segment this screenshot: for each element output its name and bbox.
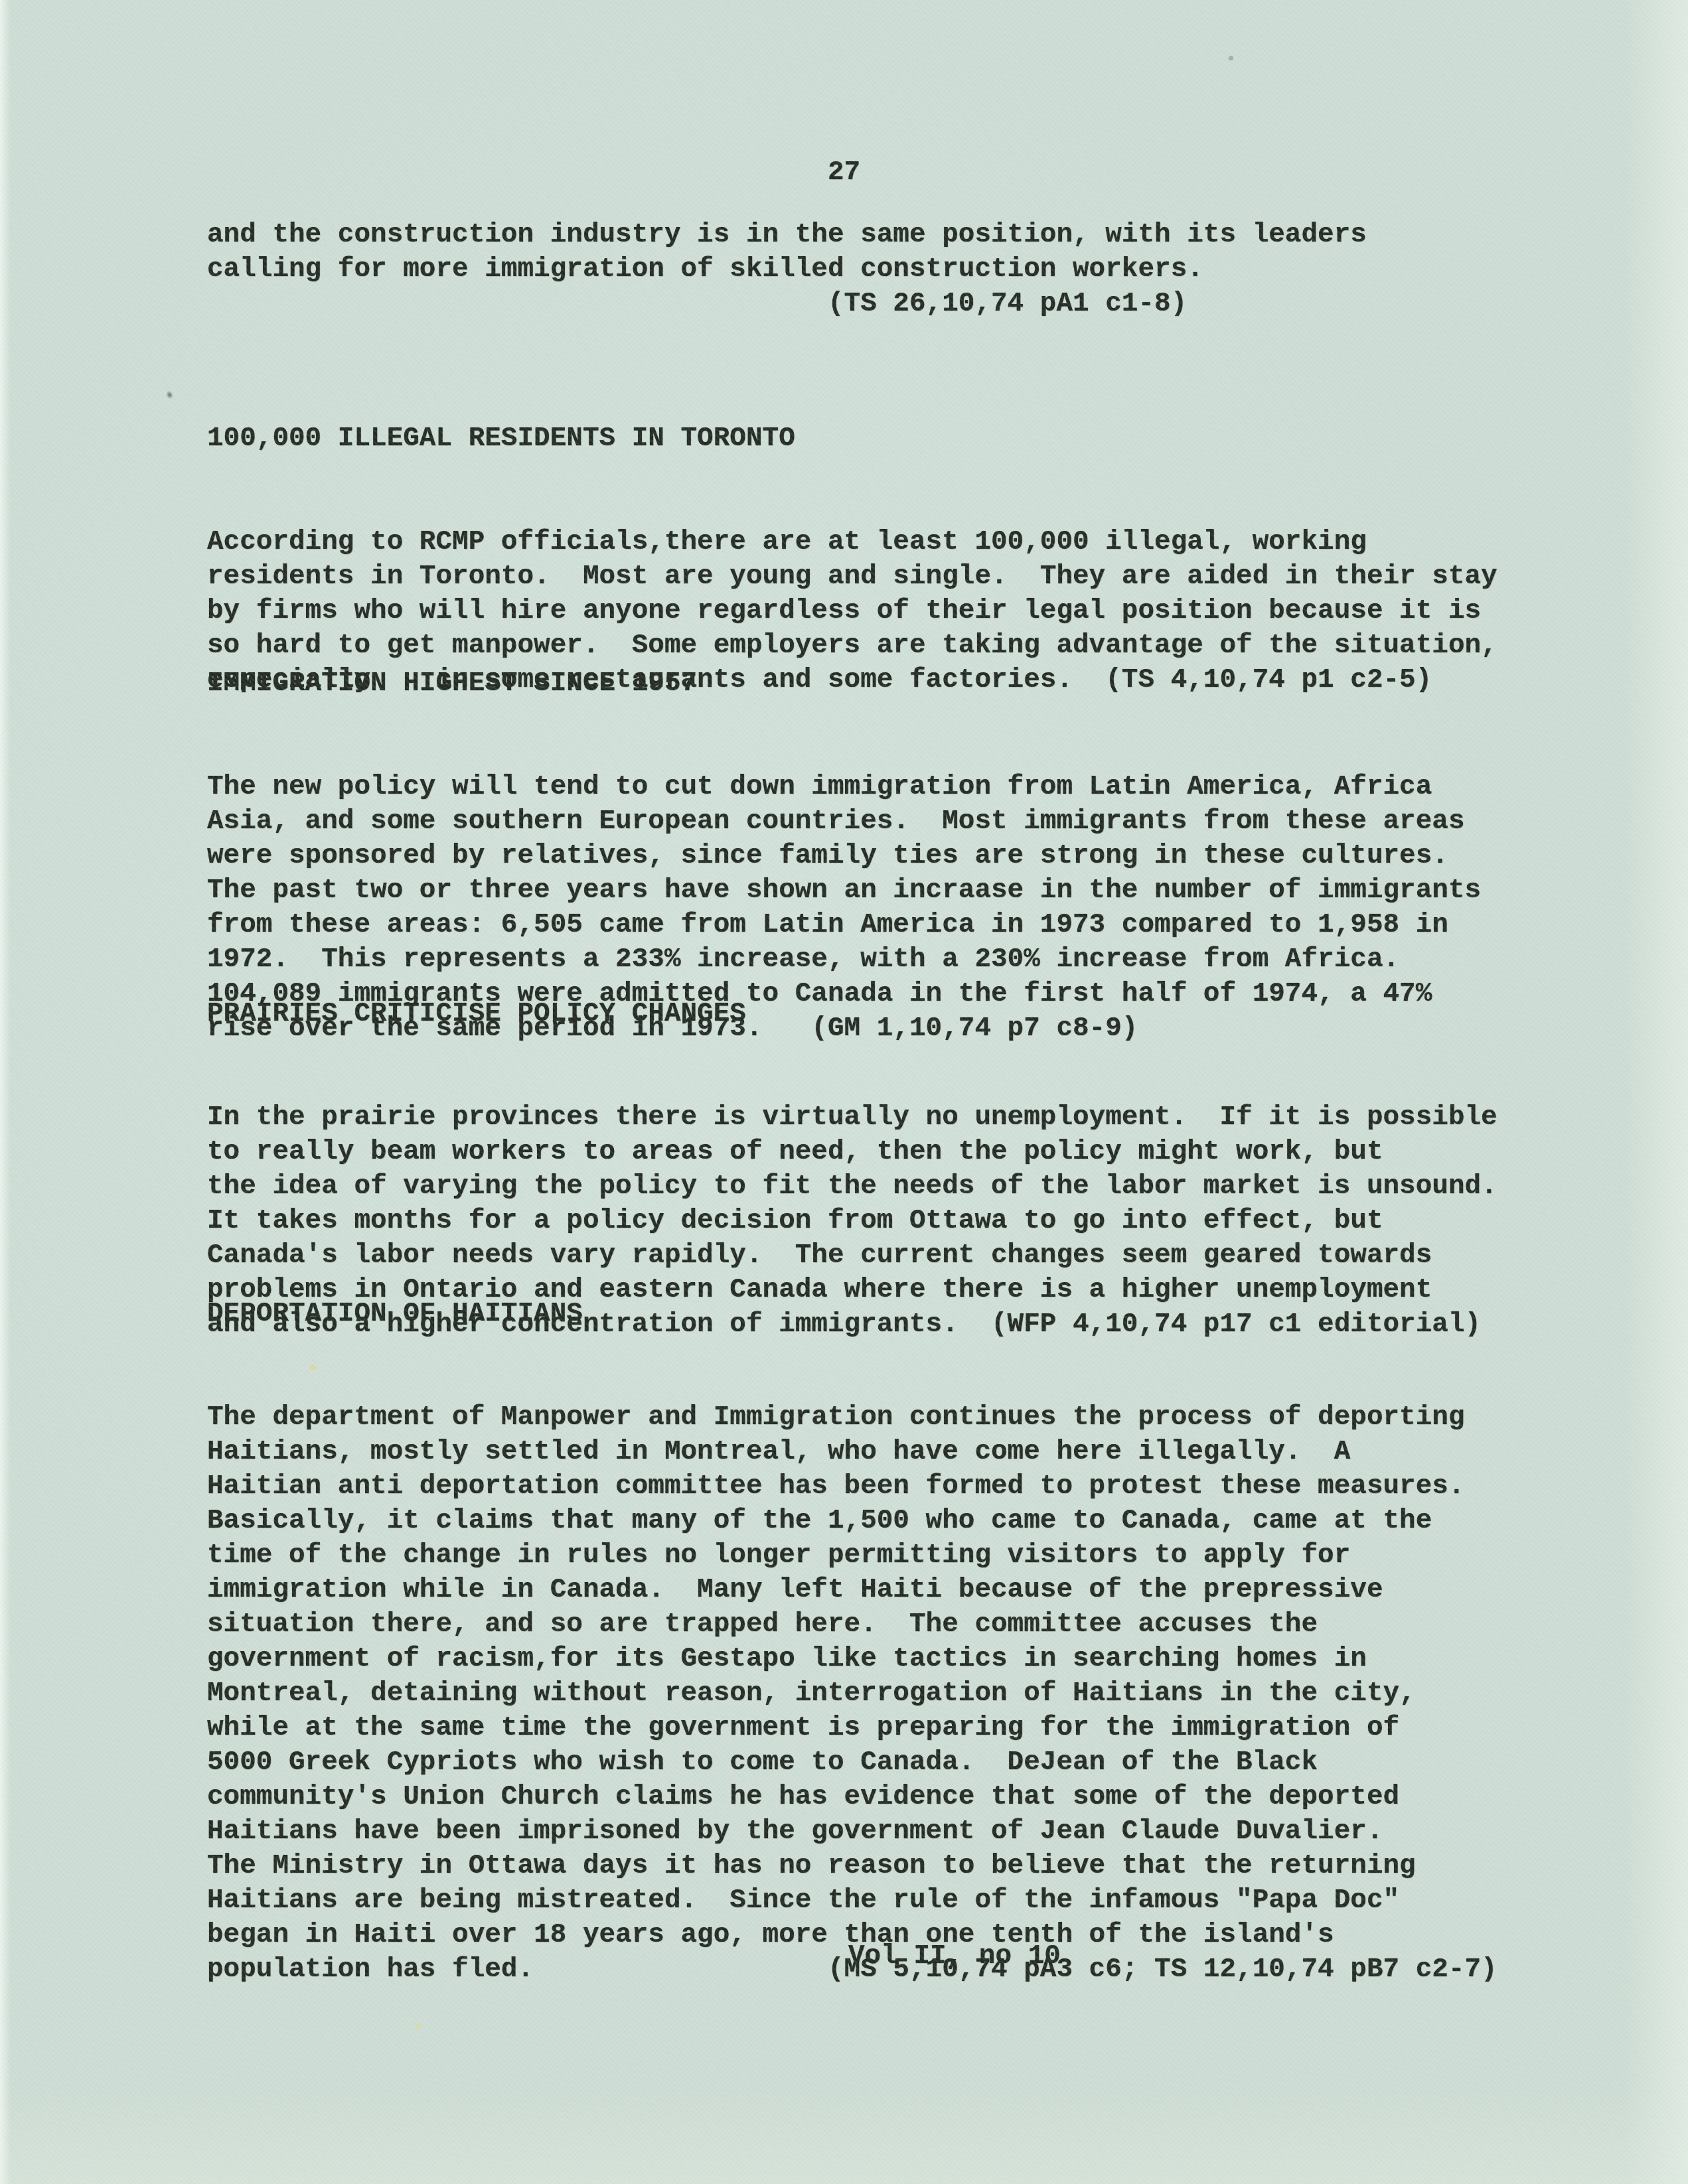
section-heading: PRAIRIES CRITICISE POLICY CHANGES bbox=[207, 997, 1497, 1031]
volume-footer: Vol II, no 10 bbox=[848, 1939, 1061, 1974]
intro-paragraph: and the construction industry is in the … bbox=[207, 218, 1367, 321]
section-heading: DEPORTATION OF HAITIANS bbox=[207, 1297, 1497, 1331]
section-body: The department of Manpower and Immigrati… bbox=[207, 1400, 1497, 1987]
section-heading: 100,000 ILLEGAL RESIDENTS IN TORONTO bbox=[207, 421, 1497, 456]
page-number: 27 bbox=[0, 155, 1688, 190]
section-heading: IMMIGRATION HIGHEST SINCE 1957 bbox=[207, 666, 1481, 701]
scanned-document-page: 27 and the construction industry is in t… bbox=[0, 0, 1688, 2184]
scan-artifact bbox=[163, 388, 176, 402]
scan-artifact bbox=[1229, 56, 1233, 60]
section-deportation-haitians: DEPORTATION OF HAITIANS The department o… bbox=[207, 1228, 1497, 2056]
